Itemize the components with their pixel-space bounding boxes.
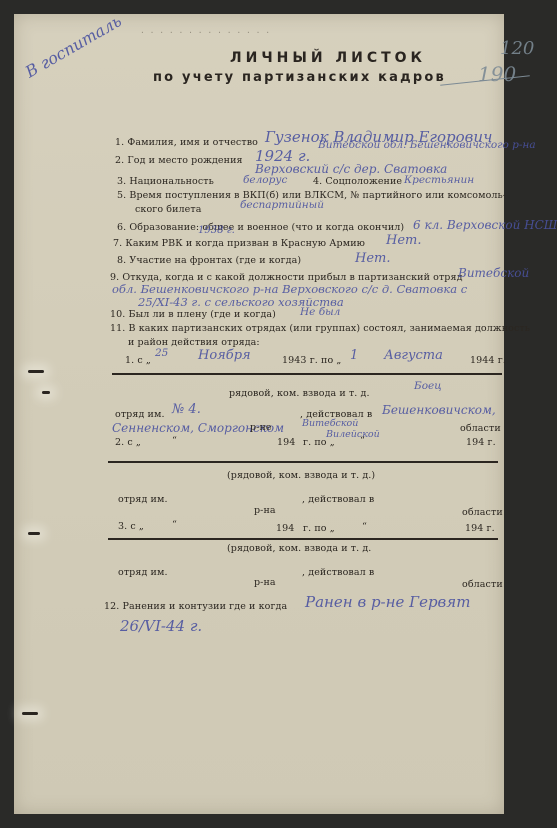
entry-2-quote-to: “ [360,435,365,446]
field-label-name: 1. Фамилия, имя и отчество [115,137,258,148]
separator-line [108,461,498,463]
punch-hole [28,532,40,535]
field-label-party-2: ского билета [135,204,202,215]
entry-3-quote: “ [172,519,177,530]
entry-1-unit-label: отряд им. [115,409,165,420]
field-value-nationality: белорус [243,174,287,186]
document-subtitle: по учету партизанских кадров [153,70,446,85]
entry-2-to-label: г. по „ [303,437,335,448]
field-label-army: 7. Каким РВК и когда призван в Красную А… [113,238,365,249]
field-label-birth: 2. Год и место рождения [115,155,243,166]
document-title: ЛИЧНЫЙ ЛИСТОК [230,50,426,66]
entry-3-position-caption: (рядовой, ком. взвода и т. д. [227,543,371,554]
archive-number: 120 [500,38,534,59]
faded-print: · · · · · · · · · · · · · · [140,28,270,37]
separator-line [112,373,502,375]
archive-number-crossed: 190 [478,62,516,86]
field-label-nationality: 3. Национальность [117,176,214,187]
field-value-arrival-2: обл. Бешенковичского р-на Верховского с/… [112,282,467,296]
entry-1-number: 1. с „ [125,355,151,366]
entry-2-rna-label: р-на [254,505,276,516]
entry-1-rna-label: р-не [250,422,272,433]
entry-3-year-from: 194 [276,523,294,534]
entry-1-day: 25 [155,347,168,359]
punch-hole [22,712,38,715]
entry-1-district-1: Бешенковичском, [382,403,496,417]
field-label-units: 11. В каких партизанских отрядах (или гр… [110,323,530,334]
entry-3-year-to: 194 г. [465,523,495,534]
field-value-fronts: Нет. [355,251,391,266]
entry-2-year-to: 194 г. [466,437,496,448]
punch-hole [42,391,50,394]
field-label-wounds: 12. Ранения и контузии где и когда [104,601,287,612]
entry-3-oblast-label: области [462,579,503,590]
entry-1-year-from: 1943 г. по „ [282,355,341,366]
entry-3-to-label: г. по „ [303,523,335,534]
field-value-captivity: Не был [300,306,340,318]
entry-1-position-caption: рядовой, ком. взвода и т. д. [229,388,370,399]
entry-2-oblast-label: области [462,507,503,518]
field-value-wounds: Ранен в р-не Гервят [305,593,470,611]
separator-line [108,538,498,540]
entry-1-position: Боец [414,380,442,392]
field-value-army: Нет. [386,233,422,248]
field-value-party: беспартийный [240,199,324,211]
field-value-education-year: 1938 г. [198,225,235,236]
entry-1-month-to: Августа [384,348,443,363]
entry-2-unit-label: отряд им. [118,494,168,505]
field-value-social: Крестьянин [404,174,474,186]
entry-1-unit: № 4. [172,402,201,417]
entry-2-quote: “ [172,435,177,446]
punch-hole [28,370,44,373]
field-label-units-2: и район действия отряда: [128,337,260,348]
entry-1-region-1: Витебской [302,418,358,429]
entry-2-acted-label: , действовал в [302,494,374,505]
field-label-fronts: 8. Участие на фронтах (где и когда) [117,255,301,266]
entry-1-day-to: 1 [350,348,358,363]
entry-3-acted-label: , действовал в [302,567,374,578]
field-value-arrival-1: Витебской [458,266,529,280]
entry-2-year-from: 194 [277,437,295,448]
entry-2-number: 2. с „ [115,437,141,448]
field-label-captivity: 10. Был ли в плену (где и когда) [110,309,276,320]
entry-3-number: 3. с „ [118,521,144,532]
field-value-birth-place-1: Витебской обл. Бешенковичского р-на [318,139,536,151]
field-value-education: 6 кл. Верховской НСШ [413,218,557,232]
entry-1-oblast-label: области [460,423,501,434]
entry-3-unit-label: отряд им. [118,567,168,578]
field-value-wounds-date: 26/VI-44 г. [120,617,202,635]
entry-1-year-to: 1944 г. [470,355,506,366]
entry-1-month: Ноября [198,348,251,363]
field-label-social: 4. Соцположение [313,176,402,187]
entry-3-rna-label: р-на [254,577,276,588]
entry-3-quote-to: “ [362,521,367,532]
entry-2-position-caption: (рядовой, ком. взвода и т. д.) [227,470,375,481]
field-label-education: 6. Образование: общее и военное (что и к… [117,222,404,233]
